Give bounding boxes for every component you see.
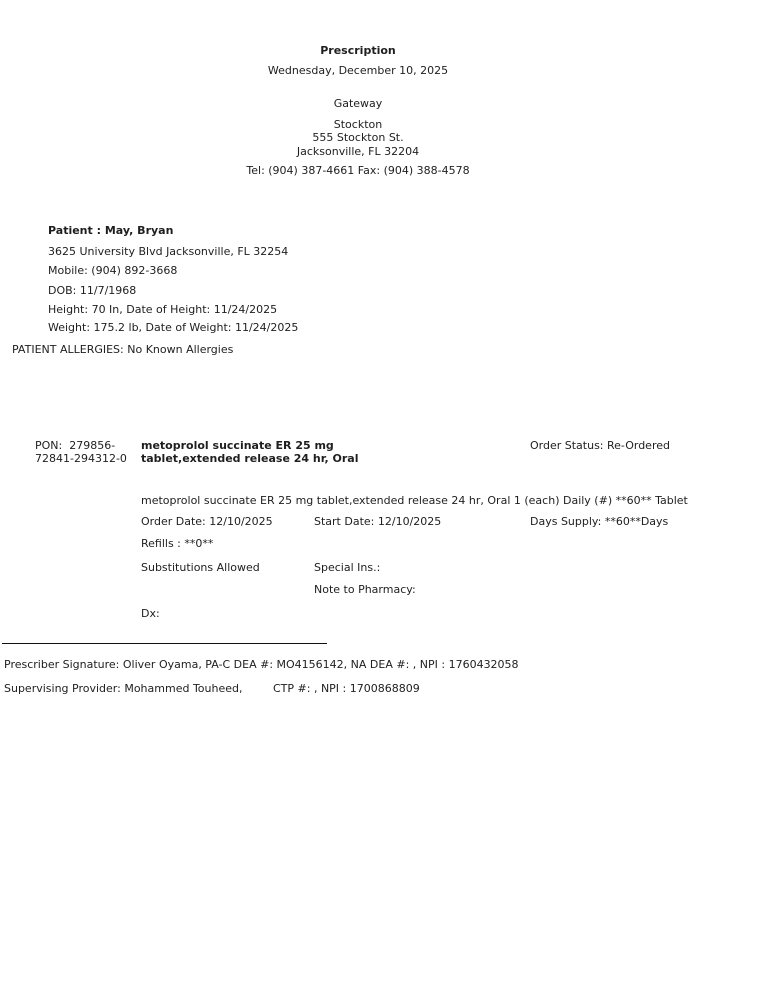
pon-number-line1: PON: 279856- [35,439,115,452]
patient-weight: Weight: 175.2 lb, Date of Weight: 11/24/… [48,321,298,334]
document-title: Prescription [0,44,716,57]
drug-name-line2: tablet,extended release 24 hr, Oral [141,452,359,465]
patient-dob: DOB: 11/7/1968 [48,284,136,297]
patient-address: 3625 University Blvd Jacksonville, FL 32… [48,245,288,258]
order-status: Order Status: Re-Ordered [530,439,670,452]
diagnosis: Dx: [141,607,160,620]
substitutions: Substitutions Allowed [141,561,260,574]
signature-line [2,643,327,644]
location-address-line1: 555 Stockton St. [0,131,716,144]
days-supply: Days Supply: **60**Days [530,515,668,528]
special-instructions: Special Ins.: [314,561,380,574]
patient-height: Height: 70 In, Date of Height: 11/24/202… [48,303,277,316]
supervising-provider-ids: CTP #: , NPI : 1700868809 [273,682,420,695]
patient-allergies: PATIENT ALLERGIES: No Known Allergies [12,343,233,356]
location-address-line2: Jacksonville, FL 32204 [0,145,716,158]
start-date: Start Date: 12/10/2025 [314,515,441,528]
document-date: Wednesday, December 10, 2025 [0,64,716,77]
order-date: Order Date: 12/10/2025 [141,515,273,528]
note-to-pharmacy: Note to Pharmacy: [314,583,416,596]
order-sig: metoprolol succinate ER 25 mg tablet,ext… [141,494,688,507]
patient-name: Patient : May, Bryan [48,224,173,237]
location-name: Stockton [0,118,716,131]
supervising-provider: Supervising Provider: Mohammed Touheed, [4,682,242,695]
organization-name: Gateway [0,97,716,110]
drug-name-line1: metoprolol succinate ER 25 mg [141,439,334,452]
location-phone-fax: Tel: (904) 387-4661 Fax: (904) 388-4578 [0,164,716,177]
refills: Refills : **0** [141,537,213,550]
prescriber-signature: Prescriber Signature: Oliver Oyama, PA-C… [4,658,519,671]
patient-mobile: Mobile: (904) 892-3668 [48,264,177,277]
pon-number-line2: 72841-294312-0 [35,452,127,465]
